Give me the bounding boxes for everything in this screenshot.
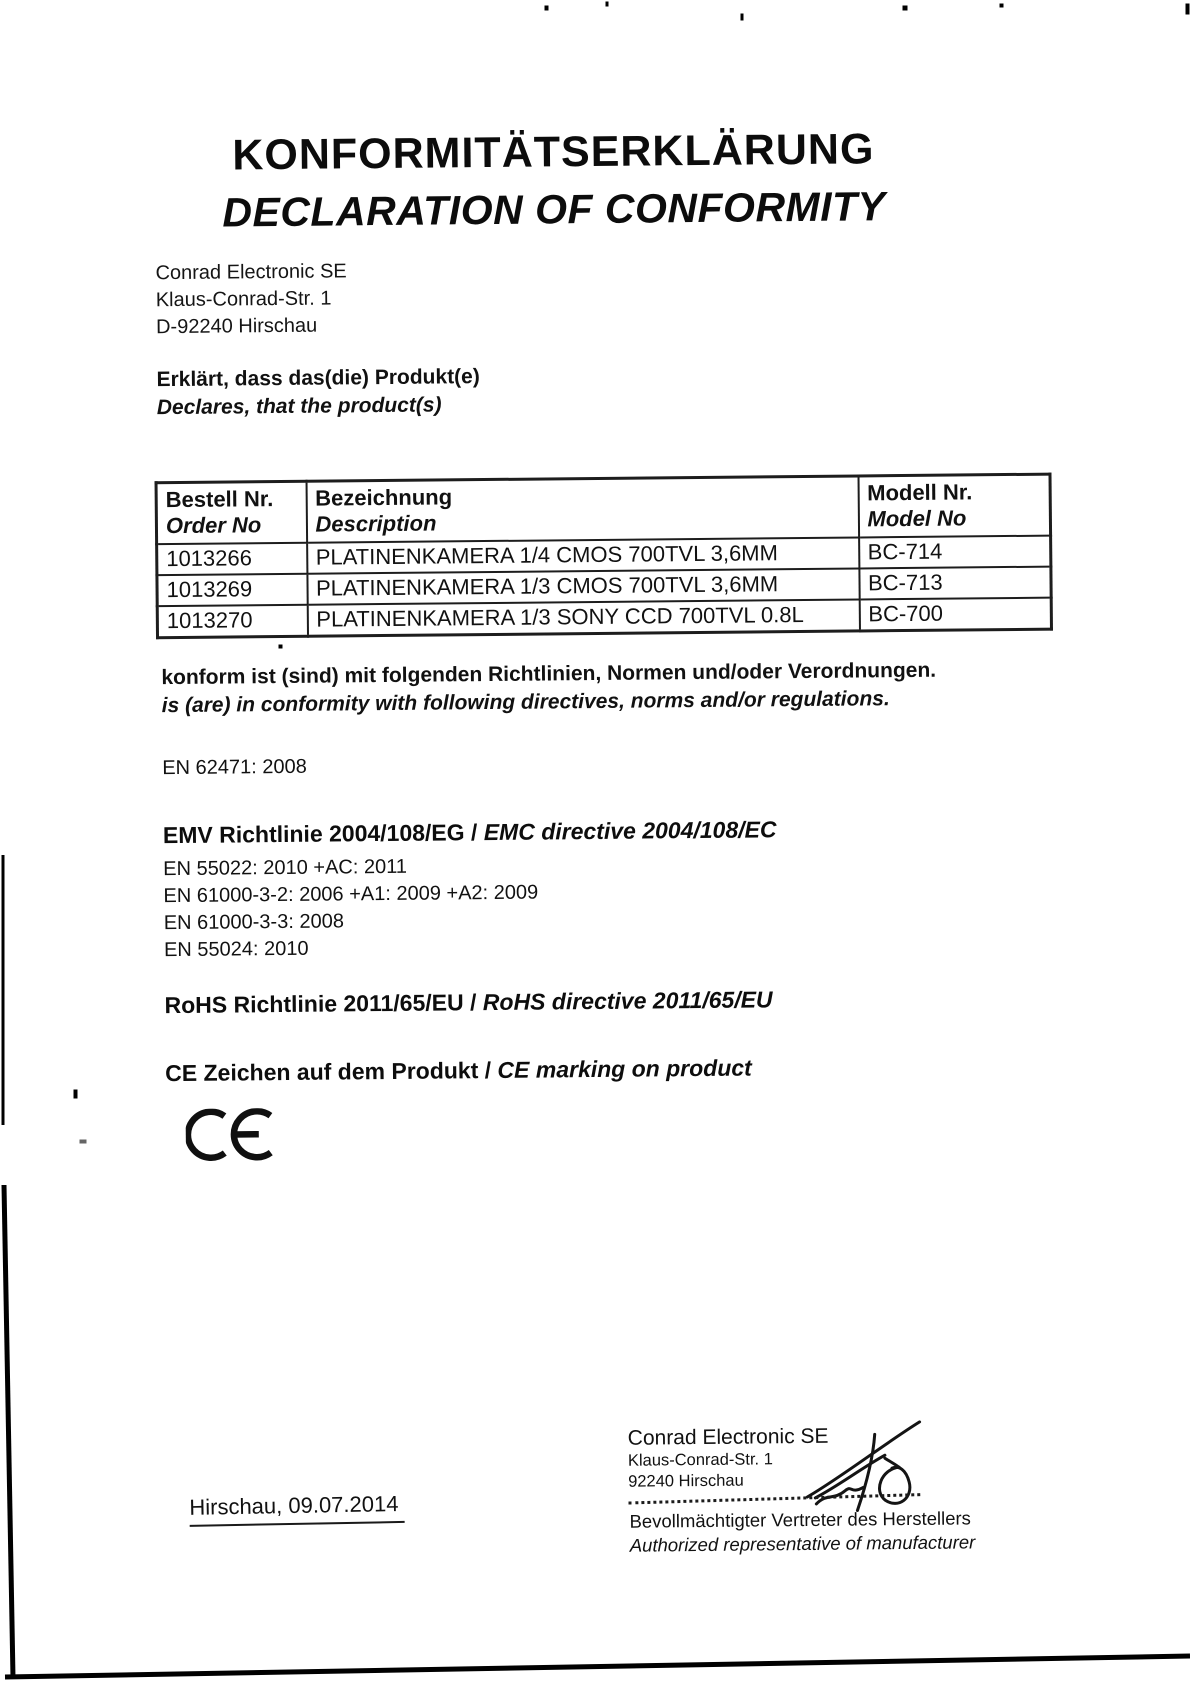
document-content: KONFORMITÄTSERKLÄRUNG DECLARATION OF CON… [0, 0, 1190, 1683]
emv-standard-item: EN 61000-3-3: 2008 [164, 907, 539, 938]
cell-model-no: BC-714 [859, 536, 1051, 569]
emv-standards-list: EN 55022: 2010 +AC: 2011 EN 61000-3-2: 2… [163, 853, 539, 965]
document-title-english: DECLARATION OF CONFORMITY [144, 182, 964, 237]
declares-line-english: Declares, that the product(s) [157, 391, 481, 422]
emv-standard-item: EN 55024: 2010 [164, 934, 539, 965]
cell-order-no: 1013270 [157, 605, 307, 638]
representative-role-english: Authorized representative of manufacture… [630, 1531, 976, 1556]
cell-order-no: 1013269 [157, 574, 307, 606]
declares-block: Erklärt, dass das(die) Produkt(e) Declar… [156, 363, 480, 422]
header-order-no: Bestell Nr. Order No [156, 481, 307, 544]
ce-mark-icon [186, 1108, 279, 1171]
rohs-heading-german: RoHS Richtlinie 2011/65/EU / [164, 989, 476, 1018]
title-block: KONFORMITÄTSERKLÄRUNG DECLARATION OF CON… [143, 124, 964, 237]
cell-order-no: 1013266 [157, 543, 307, 575]
company-street: Klaus-Conrad-Str. 1 [156, 285, 347, 314]
company-city: D-92240 Hirschau [156, 312, 347, 341]
company-name: Conrad Electronic SE [155, 258, 346, 287]
ce-marking-heading: CE Zeichen auf dem Produkt / CE marking … [165, 1055, 752, 1088]
cell-model-no: BC-700 [859, 598, 1051, 631]
standard-en62471: EN 62471: 2008 [162, 756, 307, 780]
header-model-de: Modell Nr. [867, 479, 1041, 507]
emv-heading-english: EMC directive 2004/108/EC [484, 816, 777, 845]
header-model-no: Modell Nr. Model No [858, 474, 1051, 537]
header-description-en: Description [315, 507, 849, 538]
emv-directive-heading: EMV Richtlinie 2004/108/EG / EMC directi… [163, 816, 777, 849]
ce-heading-english: CE marking on product [497, 1055, 752, 1083]
header-order-de: Bestell Nr. [166, 486, 298, 513]
ce-heading-german: CE Zeichen auf dem Produkt / [165, 1057, 491, 1086]
declares-line-german: Erklärt, dass das(die) Produkt(e) [156, 363, 480, 394]
rohs-heading-english: RoHS directive 2011/65/EU [483, 986, 773, 1015]
header-order-en: Order No [166, 512, 298, 539]
representative-role-german: Bevollmächtigter Vertreter des Herstelle… [629, 1507, 971, 1532]
rohs-directive-heading: RoHS Richtlinie 2011/65/EU / RoHS direct… [164, 986, 772, 1019]
conformity-line-english: is (are) in conformity with following di… [162, 685, 937, 720]
header-model-en: Model No [867, 505, 1041, 533]
emv-standard-item: EN 61000-3-2: 2006 +A1: 2009 +A2: 2009 [163, 880, 538, 911]
emv-standard-item: EN 55022: 2010 +AC: 2011 [163, 853, 538, 884]
document-title-german: KONFORMITÄTSERKLÄRUNG [143, 124, 963, 181]
scanned-document-page: KONFORMITÄTSERKLÄRUNG DECLARATION OF CON… [0, 0, 1190, 1683]
place-date: Hirschau, 09.07.2014 [189, 1491, 405, 1527]
cell-model-no: BC-713 [859, 567, 1051, 600]
company-address-block: Conrad Electronic SE Klaus-Conrad-Str. 1… [155, 258, 347, 341]
products-table: Bestell Nr. Order No Bezeichnung Descrip… [155, 473, 1053, 640]
conformity-statement-block: konform ist (sind) mit folgenden Richtli… [161, 657, 936, 720]
cell-description: PLATINENKAMERA 1/3 SONY CCD 700TVL 0.8L [307, 599, 859, 636]
header-description: Bezeichnung Description [306, 476, 859, 543]
table-header-row: Bestell Nr. Order No Bezeichnung Descrip… [156, 474, 1051, 544]
emv-heading-german: EMV Richtlinie 2004/108/EG / [163, 819, 478, 848]
